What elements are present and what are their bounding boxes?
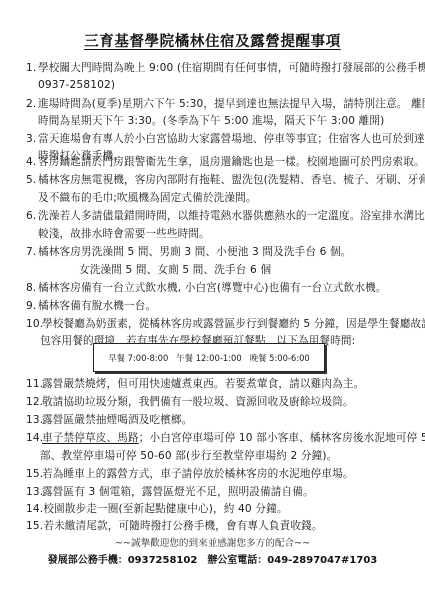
item-number: 12. (26, 396, 42, 409)
list-item-5: 5.橘林客房無電視機，客房內部附有拖鞋、盥洗包(洗髮精、香皂、梳子、牙刷、牙膏) (26, 174, 425, 187)
document-page: 三育基督學院橘林住宿及露營提醒事項 1.學校關大門時間為晚上 9:00 (住宿期… (0, 0, 425, 600)
item-text: 女洗澡間 5 間、女廁 5 間、洗手台 6 個 (79, 264, 271, 276)
item-text: 橘林客房無電視機，客房內部附有拖鞋、盥洗包(洗髮精、香皂、梳子、牙刷、牙膏) (38, 174, 425, 186)
item-number: 6. (26, 210, 38, 223)
item-number: 1. (26, 62, 38, 75)
item-text: 部、教堂停車場可停 50-60 部(步行至教堂停車場約 2 分鐘)。 (40, 450, 337, 462)
mobile-phone: 發展部公務手機：0937258102 (48, 555, 198, 566)
item-number: 14. (26, 432, 42, 445)
item-number: 15. (26, 468, 42, 481)
item-number: 14. (26, 503, 43, 515)
list-item-14: 14.車子禁停草皮、馬路；小白宮停車場可停 10 部小客車、橘林客房後水泥地可停… (26, 432, 425, 445)
item-number: 8. (26, 282, 38, 295)
list-item-3: 3.當天進場會有專人於小白宮協助大家露營場地、停車等事宜；住宿客人也可於到達 (26, 133, 425, 146)
item-number: 7. (26, 246, 38, 259)
list-item-2: 2.進場時間為(夏季)星期六下午 5:30，提早到達也無法提早入場，請特別注意。… (26, 98, 425, 111)
list-item-7: 7.橘林客房男洗澡間 5 間、男廁 3 間、小便池 3 間及洗手台 6 個。 (26, 246, 352, 259)
item-text: 洗澡若人多請儘量錯開時間，以維持電熱水器供應熱水的一定溫度。浴室排水溝比 (38, 210, 425, 222)
item-number: 9. (26, 300, 38, 313)
office-phone: 辦公室電話：049-2897047#1703 (207, 555, 377, 566)
list-item-14b: 14.校園散步走一圈(至新起點健康中心)，約 40 分鐘。 (26, 503, 288, 516)
item-number: 4. (26, 156, 38, 169)
item-number: 3. (26, 133, 38, 146)
list-item-10: 10.學校餐廳為奶蛋素，從橘林客房或露營區步行到餐廳約 5 分鐘，因是學生餐廳故… (26, 318, 425, 331)
item-text: 學校餐廳為奶蛋素，從橘林客房或露營區步行到餐廳約 5 分鐘，因是學生餐廳故請 (42, 318, 425, 330)
item-text: 橘林客房男洗澡間 5 間、男廁 3 間、小便池 3 間及洗手台 6 個。 (38, 246, 352, 258)
list-item-11: 11.露營嚴禁燒烤，但可用快速爐煮東西。若要煮葷食，請以雞肉為主。 (26, 378, 364, 391)
list-item-7-cont: 女洗澡間 5 間、女廁 5 間、洗手台 6 個 (79, 264, 271, 277)
item-number: 13. (26, 486, 42, 499)
title-text: 三育基督學院橘林住宿及露營提醒事項 (84, 34, 341, 50)
list-item-1-cont: 0937-258102) (38, 79, 115, 92)
item-text: 進場時間為(夏季)星期六下午 5:30，提早到達也無法提早入場，請特別注意。 離… (38, 98, 425, 110)
item-text: 露營區嚴禁抽煙喝酒及吃檳榔。 (42, 414, 192, 426)
list-item-13b: 13.露營區有 3 個電箱，露營區燈光不足，照明設備請自備。 (26, 486, 314, 499)
item-text: 及不織布的毛巾;吹風機為固定式備於洗澡間。 (38, 192, 257, 204)
item-number: 10. (26, 318, 42, 331)
item-text: 學校關大門時間為晚上 9:00 (住宿期間有任何事情，可隨時撥打發展部的公務手機 (38, 62, 425, 74)
list-item-8: 8.橘林客房備有一台立式飲水機, 小白宮(導覽中心)也備有一台立式飲水機。 (26, 282, 387, 295)
item-text: 校園散步走一圈(至新起點健康中心)，約 40 分鐘。 (43, 503, 287, 515)
item-text: 較淺，故排水時會需要一些些時間。 (38, 228, 210, 240)
item-text: 橘林客備有脫水機一台。 (38, 300, 156, 312)
page-title: 三育基督學院橘林住宿及露營提醒事項 (0, 30, 425, 51)
list-item-13: 13.露營區嚴禁抽煙喝酒及吃檳榔。 (26, 414, 192, 427)
meal-times-box: 早餐 7:00-8:00 午餐 12:00-1:00 晚餐 5:00-6:00 (93, 343, 325, 372)
item-text: 露營嚴禁燒烤，但可用快速爐煮東西。若要煮葷食，請以雞肉為主。 (42, 378, 364, 390)
list-item-15b: 15.若未繳清尾款，可隨時撥打公務手機，會有專人負責收錢。 (26, 520, 323, 533)
item-text: 客房鑰匙請於門房跟警衛先生拿，退房還鑰匙也是一樣。校園地圖可於門房索取。 (38, 156, 425, 168)
item-text: 0937-258102) (38, 79, 115, 91)
item-text: 時間為星期天下午 3:30。(冬季為下午 5:00 進場，隔天下午 3:00 離… (38, 115, 384, 127)
item-text: 敬請協助垃圾分類，我們備有一般垃圾、資源回收及廚餘垃圾筒。 (42, 396, 354, 408)
list-item-15: 15.若為睡車上的露營方式，車子請停放於橘林客房的水泥地停車場。 (26, 468, 354, 481)
item-text: 若為睡車上的露營方式，車子請停放於橘林客房的水泥地停車場。 (42, 468, 354, 480)
item-underlined-text: 車子禁停草皮、馬路 (42, 432, 139, 444)
lunch-time: 午餐 12:00-1:00 (176, 352, 241, 364)
contact-info: 發展部公務手機：0937258102辦公室電話：049-2897047#1703 (0, 551, 425, 566)
list-item-4-text: 4.客房鑰匙請於門房跟警衛先生拿，退房還鑰匙也是一樣。校園地圖可於門房索取。 (26, 156, 425, 169)
item-text: ；小白宮停車場可停 10 部小客車、橘林客房後水泥地可停 5 (139, 432, 425, 444)
list-item-14-cont: 部、教堂停車場可停 50-60 部(步行至教堂停車場約 2 分鐘)。 (40, 450, 337, 463)
list-item-1: 1.學校關大門時間為晚上 9:00 (住宿期間有任何事情，可隨時撥打發展部的公務… (26, 62, 425, 75)
item-number: 2. (26, 98, 38, 111)
list-item-5-cont: 及不織布的毛巾;吹風機為固定式備於洗澡間。 (38, 192, 257, 205)
item-number: 15. (26, 520, 43, 532)
item-number: 13. (26, 414, 42, 427)
item-text: 露營區有 3 個電箱，露營區燈光不足，照明設備請自備。 (42, 486, 314, 498)
dinner-time: 晚餐 5:00-6:00 (250, 352, 310, 364)
list-item-9: 9.橘林客備有脫水機一台。 (26, 300, 156, 313)
item-number: 11. (26, 378, 42, 391)
list-item-2-cont: 時間為星期天下午 3:30。(冬季為下午 5:00 進場，隔天下午 3:00 離… (38, 115, 384, 128)
item-text: 若未繳清尾款，可隨時撥打公務手機，會有專人負責收錢。 (43, 520, 322, 532)
list-item-12: 12.敬請協助垃圾分類，我們備有一般垃圾、資源回收及廚餘垃圾筒。 (26, 396, 354, 409)
list-item-6-cont: 較淺，故排水時會需要一些些時間。 (38, 228, 210, 241)
list-item-6: 6.洗澡若人多請儘量錯開時間，以維持電熱水器供應熱水的一定溫度。浴室排水溝比 (26, 210, 425, 223)
item-text: 橘林客房備有一台立式飲水機, 小白宮(導覽中心)也備有一台立式飲水機。 (38, 282, 387, 294)
item-text: 當天進場會有專人於小白宮協助大家露營場地、停車等事宜；住宿客人也可於到達 (38, 133, 425, 145)
breakfast-time: 早餐 7:00-8:00 (108, 352, 168, 364)
welcome-message: ~~誠摯歡迎您的到來並感謝您多方的配合~~ (0, 535, 425, 549)
item-number: 5. (26, 174, 38, 187)
